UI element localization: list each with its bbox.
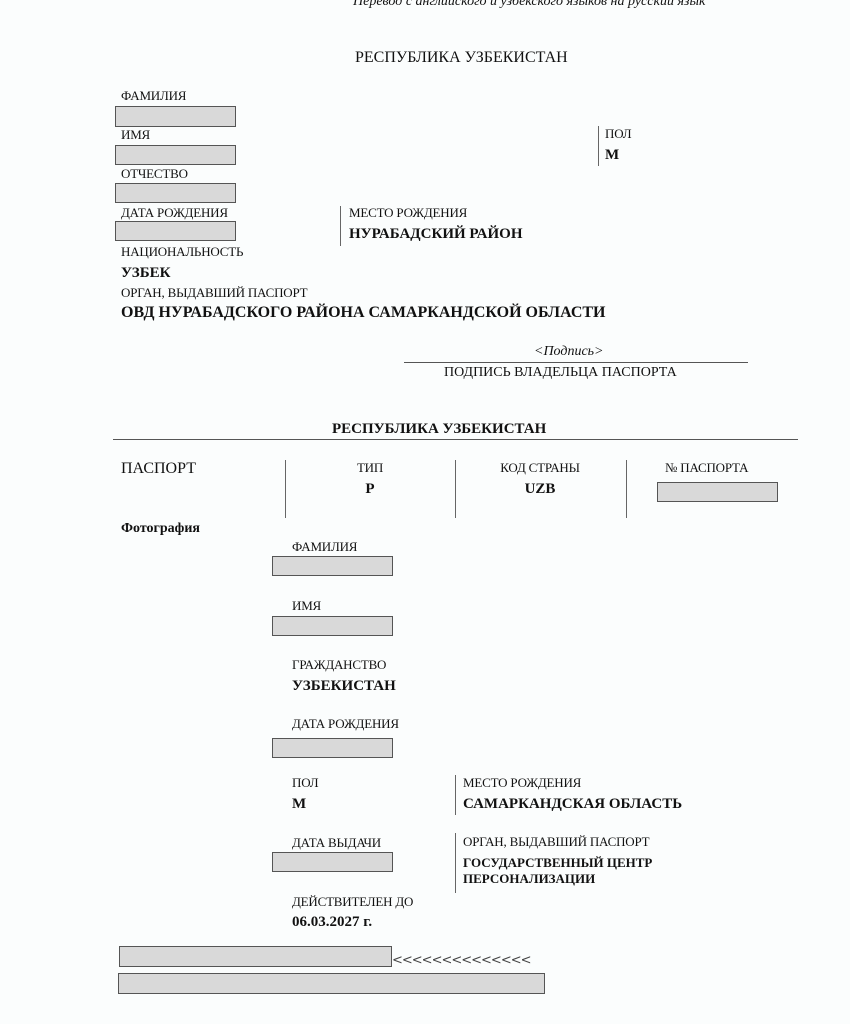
citizenship-label: ГРАЖДАНСТВО bbox=[292, 657, 386, 673]
surname-label: ФАМИЛИЯ bbox=[121, 88, 186, 104]
passport-word: ПАСПОРТ bbox=[121, 460, 196, 478]
page2-birth-place-value: САМАРКАНДСКАЯ ОБЛАСТЬ bbox=[463, 796, 682, 813]
page2-sex-value: М bbox=[292, 796, 306, 813]
type-value: P bbox=[285, 481, 455, 498]
nationality-label: НАЦИОНАЛЬНОСТЬ bbox=[121, 244, 243, 260]
page2-authority-divider bbox=[455, 833, 456, 893]
name-label: ИМЯ bbox=[121, 127, 150, 143]
patronymic-redaction bbox=[115, 183, 236, 203]
passport-no-redaction bbox=[657, 482, 778, 502]
birth-place-divider bbox=[340, 206, 341, 246]
birth-date-redaction bbox=[115, 221, 236, 241]
country-code-label: КОД СТРАНЫ bbox=[455, 460, 625, 476]
country-code-value: UZB bbox=[455, 481, 625, 498]
page2-birth-place-label: МЕСТО РОЖДЕНИЯ bbox=[463, 775, 581, 791]
issue-date-label: ДАТА ВЫДАЧИ bbox=[292, 835, 381, 851]
mrz-line1-redaction bbox=[119, 946, 392, 967]
signature-placeholder: <Подпись> bbox=[534, 344, 604, 360]
valid-until-label: ДЕЙСТВИТЕЛЕН ДО bbox=[292, 894, 413, 910]
page2-title: РЕСПУБЛИКА УЗБЕКИСТАН bbox=[332, 421, 546, 438]
issue-date-redaction bbox=[272, 852, 393, 872]
page2-title-rule bbox=[113, 439, 798, 440]
page2-name-redaction bbox=[272, 616, 393, 636]
nationality-value: УЗБЕК bbox=[121, 265, 171, 282]
sex-value: М bbox=[605, 147, 619, 164]
sex-label: ПОЛ bbox=[605, 126, 631, 142]
page2-birth-place-divider bbox=[455, 775, 456, 815]
page2-name-label: ИМЯ bbox=[292, 598, 321, 614]
authority-label: ОРГАН, ВЫДАВШИЙ ПАСПОРТ bbox=[121, 285, 307, 301]
page2-birth-date-label: ДАТА РОЖДЕНИЯ bbox=[292, 716, 399, 732]
citizenship-value: УЗБЕКИСТАН bbox=[292, 678, 396, 695]
page2-surname-redaction bbox=[272, 556, 393, 576]
page2-sex-label: ПОЛ bbox=[292, 775, 318, 791]
valid-until-value: 06.03.2027 г. bbox=[292, 914, 372, 931]
passport-no-divider bbox=[626, 460, 627, 518]
mrz-line1-tail: <<<<<<<<<<<<<< bbox=[392, 953, 531, 968]
authority-value: ОВД НУРАБАДСКОГО РАЙОНА САМАРКАНДСКОЙ ОБ… bbox=[121, 304, 606, 322]
page2-surname-label: ФАМИЛИЯ bbox=[292, 539, 357, 555]
page2-birth-date-redaction bbox=[272, 738, 393, 758]
translation-note: Перевод с английского и узбекского языко… bbox=[353, 0, 706, 10]
birth-date-label: ДАТА РОЖДЕНИЯ bbox=[121, 205, 228, 221]
signature-line bbox=[404, 362, 748, 363]
name-redaction bbox=[115, 145, 236, 165]
birth-place-value: НУРАБАДСКИЙ РАЙОН bbox=[349, 226, 523, 243]
patronymic-label: ОТЧЕСТВО bbox=[121, 166, 188, 182]
page2-authority-value-line1: ГОСУДАРСТВЕННЫЙ ЦЕНТР bbox=[463, 855, 652, 871]
type-label: ТИП bbox=[285, 460, 455, 476]
document-title: РЕСПУБЛИКА УЗБЕКИСТАН bbox=[355, 49, 568, 67]
page2-authority-label: ОРГАН, ВЫДАВШИЙ ПАСПОРТ bbox=[463, 834, 649, 850]
birth-place-label: МЕСТО РОЖДЕНИЯ bbox=[349, 205, 467, 221]
surname-redaction bbox=[115, 106, 236, 127]
photo-label: Фотография bbox=[121, 521, 200, 537]
mrz-line2-redaction bbox=[118, 973, 545, 994]
sex-divider bbox=[598, 126, 599, 166]
page2-authority-value-line2: ПЕРСОНАЛИЗАЦИИ bbox=[463, 871, 595, 887]
signature-caption: ПОДПИСЬ ВЛАДЕЛЬЦА ПАСПОРТА bbox=[444, 365, 677, 381]
passport-no-label: № ПАСПОРТА bbox=[665, 460, 748, 476]
